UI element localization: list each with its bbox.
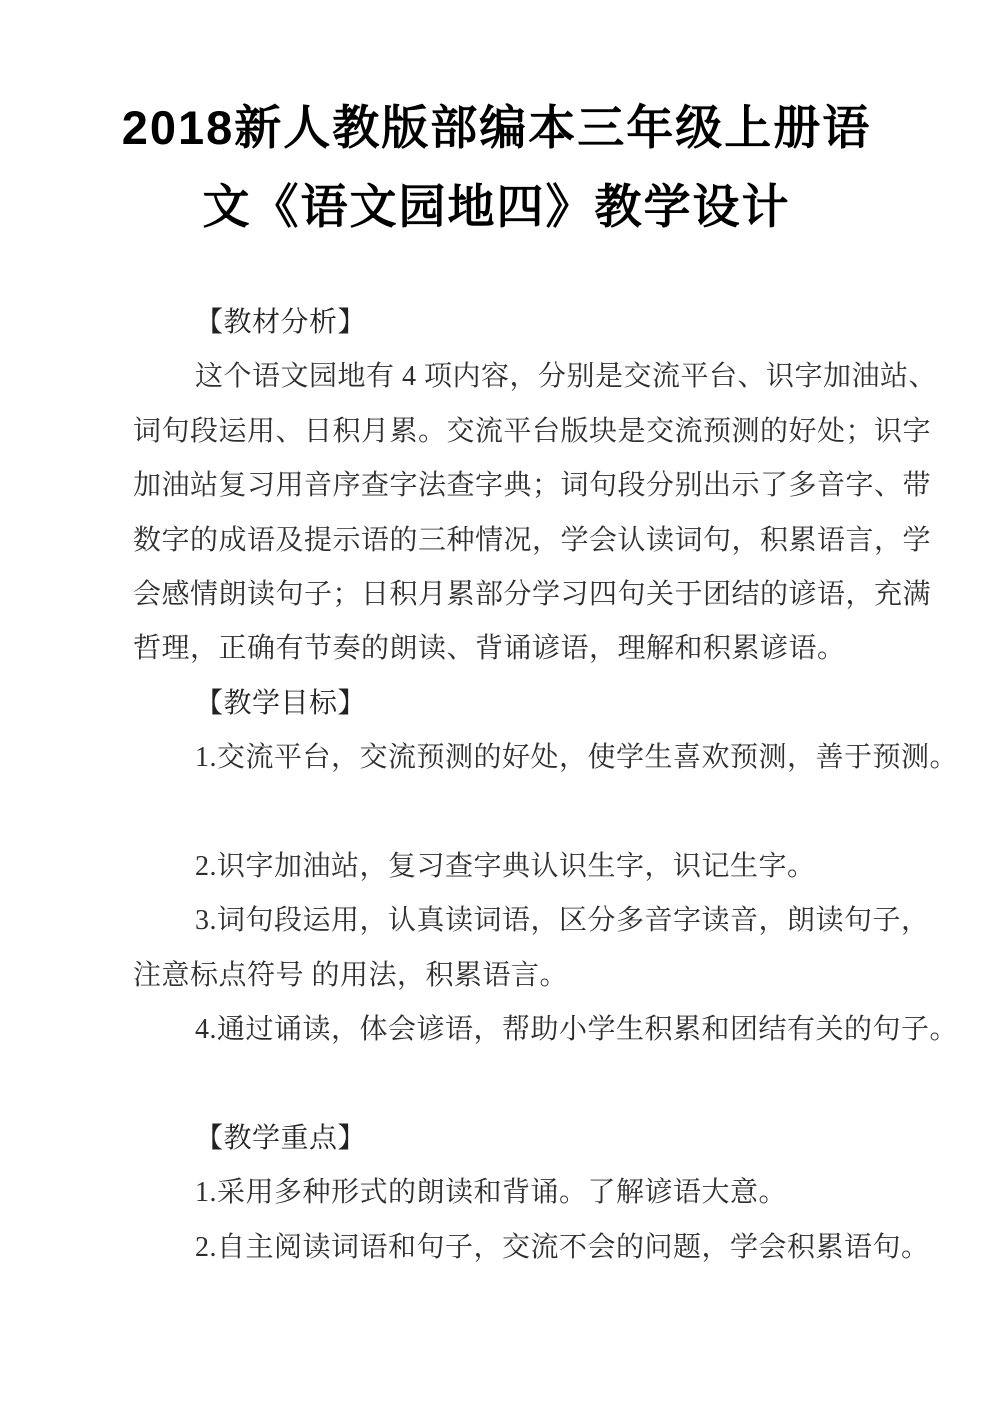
- text-line: 2.自主阅读词语和句子，交流不会的问题，学会积累语句。: [133, 1221, 893, 1275]
- text-line: 数字的成语及提示语的三种情况，学会认读词句，积累语言，学: [133, 514, 893, 568]
- text-line: 注意标点符号 的用法，积累语言。: [133, 949, 893, 1003]
- document-title: 2018新人教版部编本三年级上册语 文《语文园地四》教学设计: [60, 88, 933, 246]
- section-heading: 【教学目标】: [133, 677, 893, 731]
- text-line: 3.词句段运用，认真读词语，区分多音字读音，朗读句子，: [133, 894, 893, 948]
- blank-line: [133, 1057, 893, 1111]
- text-line: 1.交流平台，交流预测的好处，使学生喜欢预测，善于预测。: [133, 731, 893, 785]
- text-line: 4.通过诵读，体会谚语，帮助小学生积累和团结有关的句子。: [133, 1003, 893, 1057]
- section-focus: 【教学重点】 1.采用多种形式的朗读和背诵。了解谚语大意。 2.自主阅读词语和句…: [133, 1112, 893, 1275]
- text-line: 会感情朗读句子；日积月累部分学习四句关于团结的谚语，充满: [133, 568, 893, 622]
- text-line: 这个语文园地有 4 项内容，分别是交流平台、识字加油站、: [133, 350, 893, 404]
- text-line: 哲理，正确有节奏的朗读、背诵谚语，理解和积累谚语。: [133, 622, 893, 676]
- section-heading: 【教材分析】: [133, 296, 893, 350]
- blank-line: [133, 786, 893, 840]
- section-analysis: 【教材分析】 这个语文园地有 4 项内容，分别是交流平台、识字加油站、 词句段运…: [133, 296, 893, 677]
- document-page: 2018新人教版部编本三年级上册语 文《语文园地四》教学设计 【教材分析】 这个…: [0, 0, 993, 1404]
- document-body: 【教材分析】 这个语文园地有 4 项内容，分别是交流平台、识字加油站、 词句段运…: [133, 296, 893, 1275]
- text-line: 2.识字加油站，复习查字典认识生字，识记生字。: [133, 840, 893, 894]
- text-line: 加油站复习用音序查字法查字典；词句段分别出示了多音字、带: [133, 459, 893, 513]
- section-goals: 【教学目标】 1.交流平台，交流预测的好处，使学生喜欢预测，善于预测。 2.识字…: [133, 677, 893, 1112]
- section-heading: 【教学重点】: [133, 1112, 893, 1166]
- text-line: 1.采用多种形式的朗读和背诵。了解谚语大意。: [133, 1166, 893, 1220]
- title-line-1: 2018新人教版部编本三年级上册语: [60, 88, 933, 167]
- text-line: 词句段运用、日积月累。交流平台版块是交流预测的好处；识字: [133, 405, 893, 459]
- title-line-2: 文《语文园地四》教学设计: [60, 167, 933, 246]
